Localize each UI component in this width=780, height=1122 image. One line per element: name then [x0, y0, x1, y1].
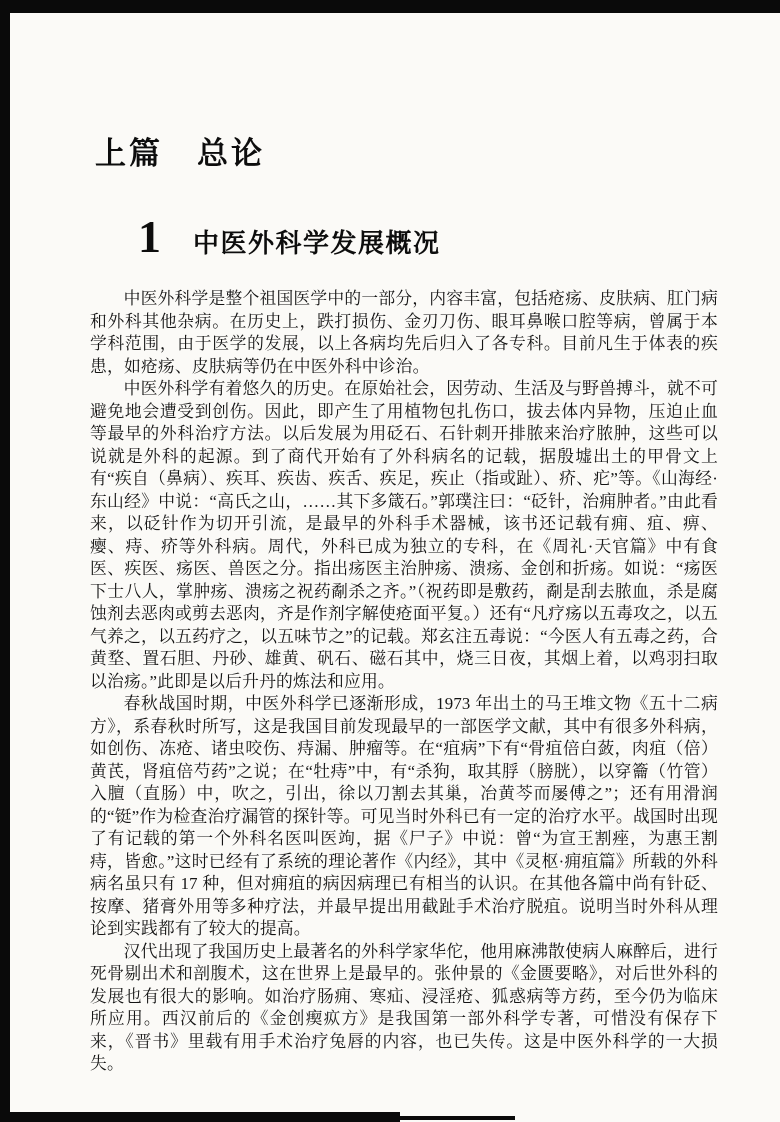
body-paragraph-1: 中医外科学是整个祖国医学中的一部分，内容丰富，包括疮疡、皮肤病、肛门病和外科其他… — [90, 288, 718, 378]
chapter-number: 1 — [138, 214, 161, 260]
scan-edge-bottom-left — [0, 1112, 400, 1122]
body-paragraph-3: 春秋战国时期，中医外科学已逐渐形成，1973 年出土的马王堆文物《五十二病方》，… — [90, 693, 718, 941]
scan-edge-left — [0, 0, 10, 1122]
chapter-title: 中医外科学发展概况 — [193, 223, 441, 260]
body-paragraph-4: 汉代出现了我国历史上最著名的外科学家华佗，他用麻沸散使病人麻醉后，进行死骨剔出术… — [90, 941, 718, 1076]
part-title: 上篇 总论 — [95, 128, 265, 173]
scan-edge-top — [0, 0, 780, 13]
book-page: 上篇 总论 1 中医外科学发展概况 中医外科学是整个祖国医学中的一部分，内容丰富… — [0, 0, 780, 1122]
chapter-heading: 1 中医外科学发展概况 — [138, 214, 441, 260]
body-text: 中医外科学是整个祖国医学中的一部分，内容丰富，包括疮疡、皮肤病、肛门病和外科其他… — [90, 288, 718, 1076]
body-paragraph-2: 中医外科学有着悠久的历史。在原始社会，因劳动、生活及与野兽搏斗，就不可避免地会遭… — [90, 378, 718, 693]
scan-edge-bottom-thin — [395, 1116, 515, 1120]
